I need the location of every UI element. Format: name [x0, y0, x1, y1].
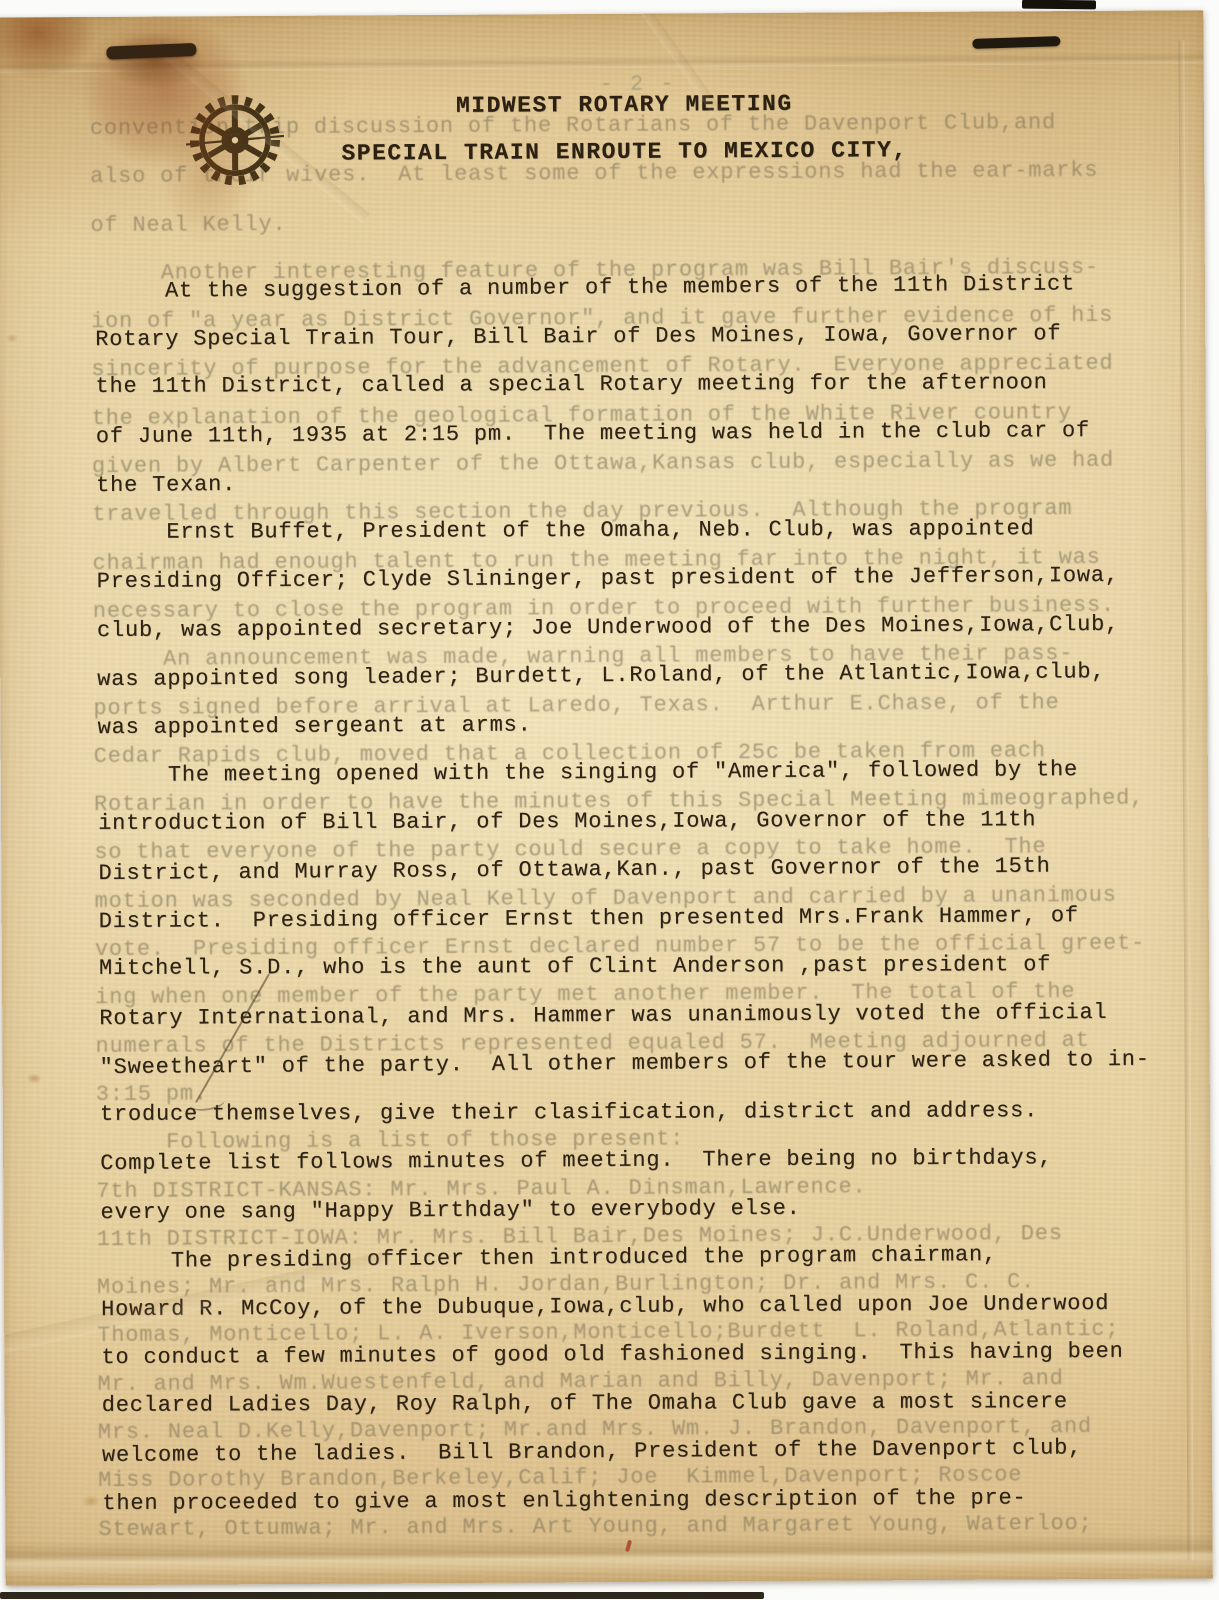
- typed-line: the 11th District, called a special Rota…: [95, 359, 1200, 412]
- typed-body: At the suggestion of a number of the mem…: [95, 260, 1208, 1528]
- typed-line: Presiding Officer; Clyde Slininger, past…: [97, 551, 1202, 606]
- typed-line: Complete list follows minutes of meeting…: [100, 1133, 1205, 1188]
- scan-edge-mark: [1022, 0, 1096, 9]
- doc-title-line-1: MIDWEST ROTARY MEETING: [45, 78, 1204, 132]
- typed-line: "Sweetheart" of the party. All other mem…: [99, 1035, 1204, 1092]
- typed-line: declared Ladies Day, Roy Ralph, of The O…: [102, 1377, 1207, 1430]
- bleedthrough-line: of Neal Kelly.: [90, 195, 1190, 250]
- typed-line: Ernst Buffet, President of the Omaha, Ne…: [96, 504, 1201, 557]
- staple-right: [972, 36, 1060, 49]
- typed-line: Mitchell, S.D., who is the aunt of Clint…: [99, 940, 1204, 993]
- typed-line: club, was appointed secretary; Joe Under…: [97, 600, 1202, 655]
- typed-line: to conduct a few minutes of good old fas…: [101, 1327, 1206, 1382]
- foxing-spot: [27, 1073, 42, 1083]
- typed-line: Howard R. McCoy, of the Dubuque,Iowa,clu…: [101, 1279, 1206, 1334]
- document-title: MIDWEST ROTARY MEETING SPECIAL TRAIN ENR…: [0, 78, 1204, 179]
- typed-line: At the suggestion of a number of the mem…: [95, 259, 1200, 316]
- scan-background: { "page": { "number_label": "- 2 -", "ti…: [0, 0, 1219, 1600]
- typed-line: the Texan.: [96, 453, 1201, 510]
- typed-line: then proceeded to give a most enlighteni…: [102, 1473, 1207, 1528]
- typed-line: The presiding officer then introduced th…: [101, 1229, 1206, 1286]
- typed-line: of June 11th, 1935 at 2:15 pm. The meeti…: [96, 406, 1201, 461]
- underlying-page-edge: [0, 1592, 764, 1599]
- foxing-spot: [6, 334, 18, 343]
- corner-stain: [0, 10, 113, 92]
- typed-line: Rotary International, and Mrs. Hammer wa…: [99, 988, 1204, 1043]
- typed-line: troduce themselves, give their clasifica…: [100, 1086, 1205, 1139]
- typed-line: Rotary Special Train Tour, Bill Bair of …: [95, 309, 1200, 364]
- typed-line: District, and Murray Ross, of Ottawa,Kan…: [98, 841, 1203, 898]
- typed-line: introduction of Bill Bair, of Des Moines…: [98, 795, 1203, 848]
- document-page: convention trip discussion of the Rotari…: [0, 10, 1213, 1585]
- typed-line: The meeting opened with the singing of "…: [98, 745, 1203, 800]
- typed-line: was appointed song leader; Burdett, L.Ro…: [97, 647, 1202, 704]
- typed-line: every one sang "Happy Birthday" to every…: [100, 1182, 1205, 1237]
- doc-title-line-2: SPECIAL TRAIN ENROUTE TO MEXICO CITY,: [45, 125, 1204, 179]
- typed-line: District. Presiding officer Ernst then p…: [99, 891, 1204, 946]
- staple-left: [106, 43, 196, 60]
- typed-line: was appointed sergeant at arms.: [97, 697, 1202, 752]
- typed-line: welcome to the ladies. Bill Brandon, Pre…: [102, 1423, 1207, 1480]
